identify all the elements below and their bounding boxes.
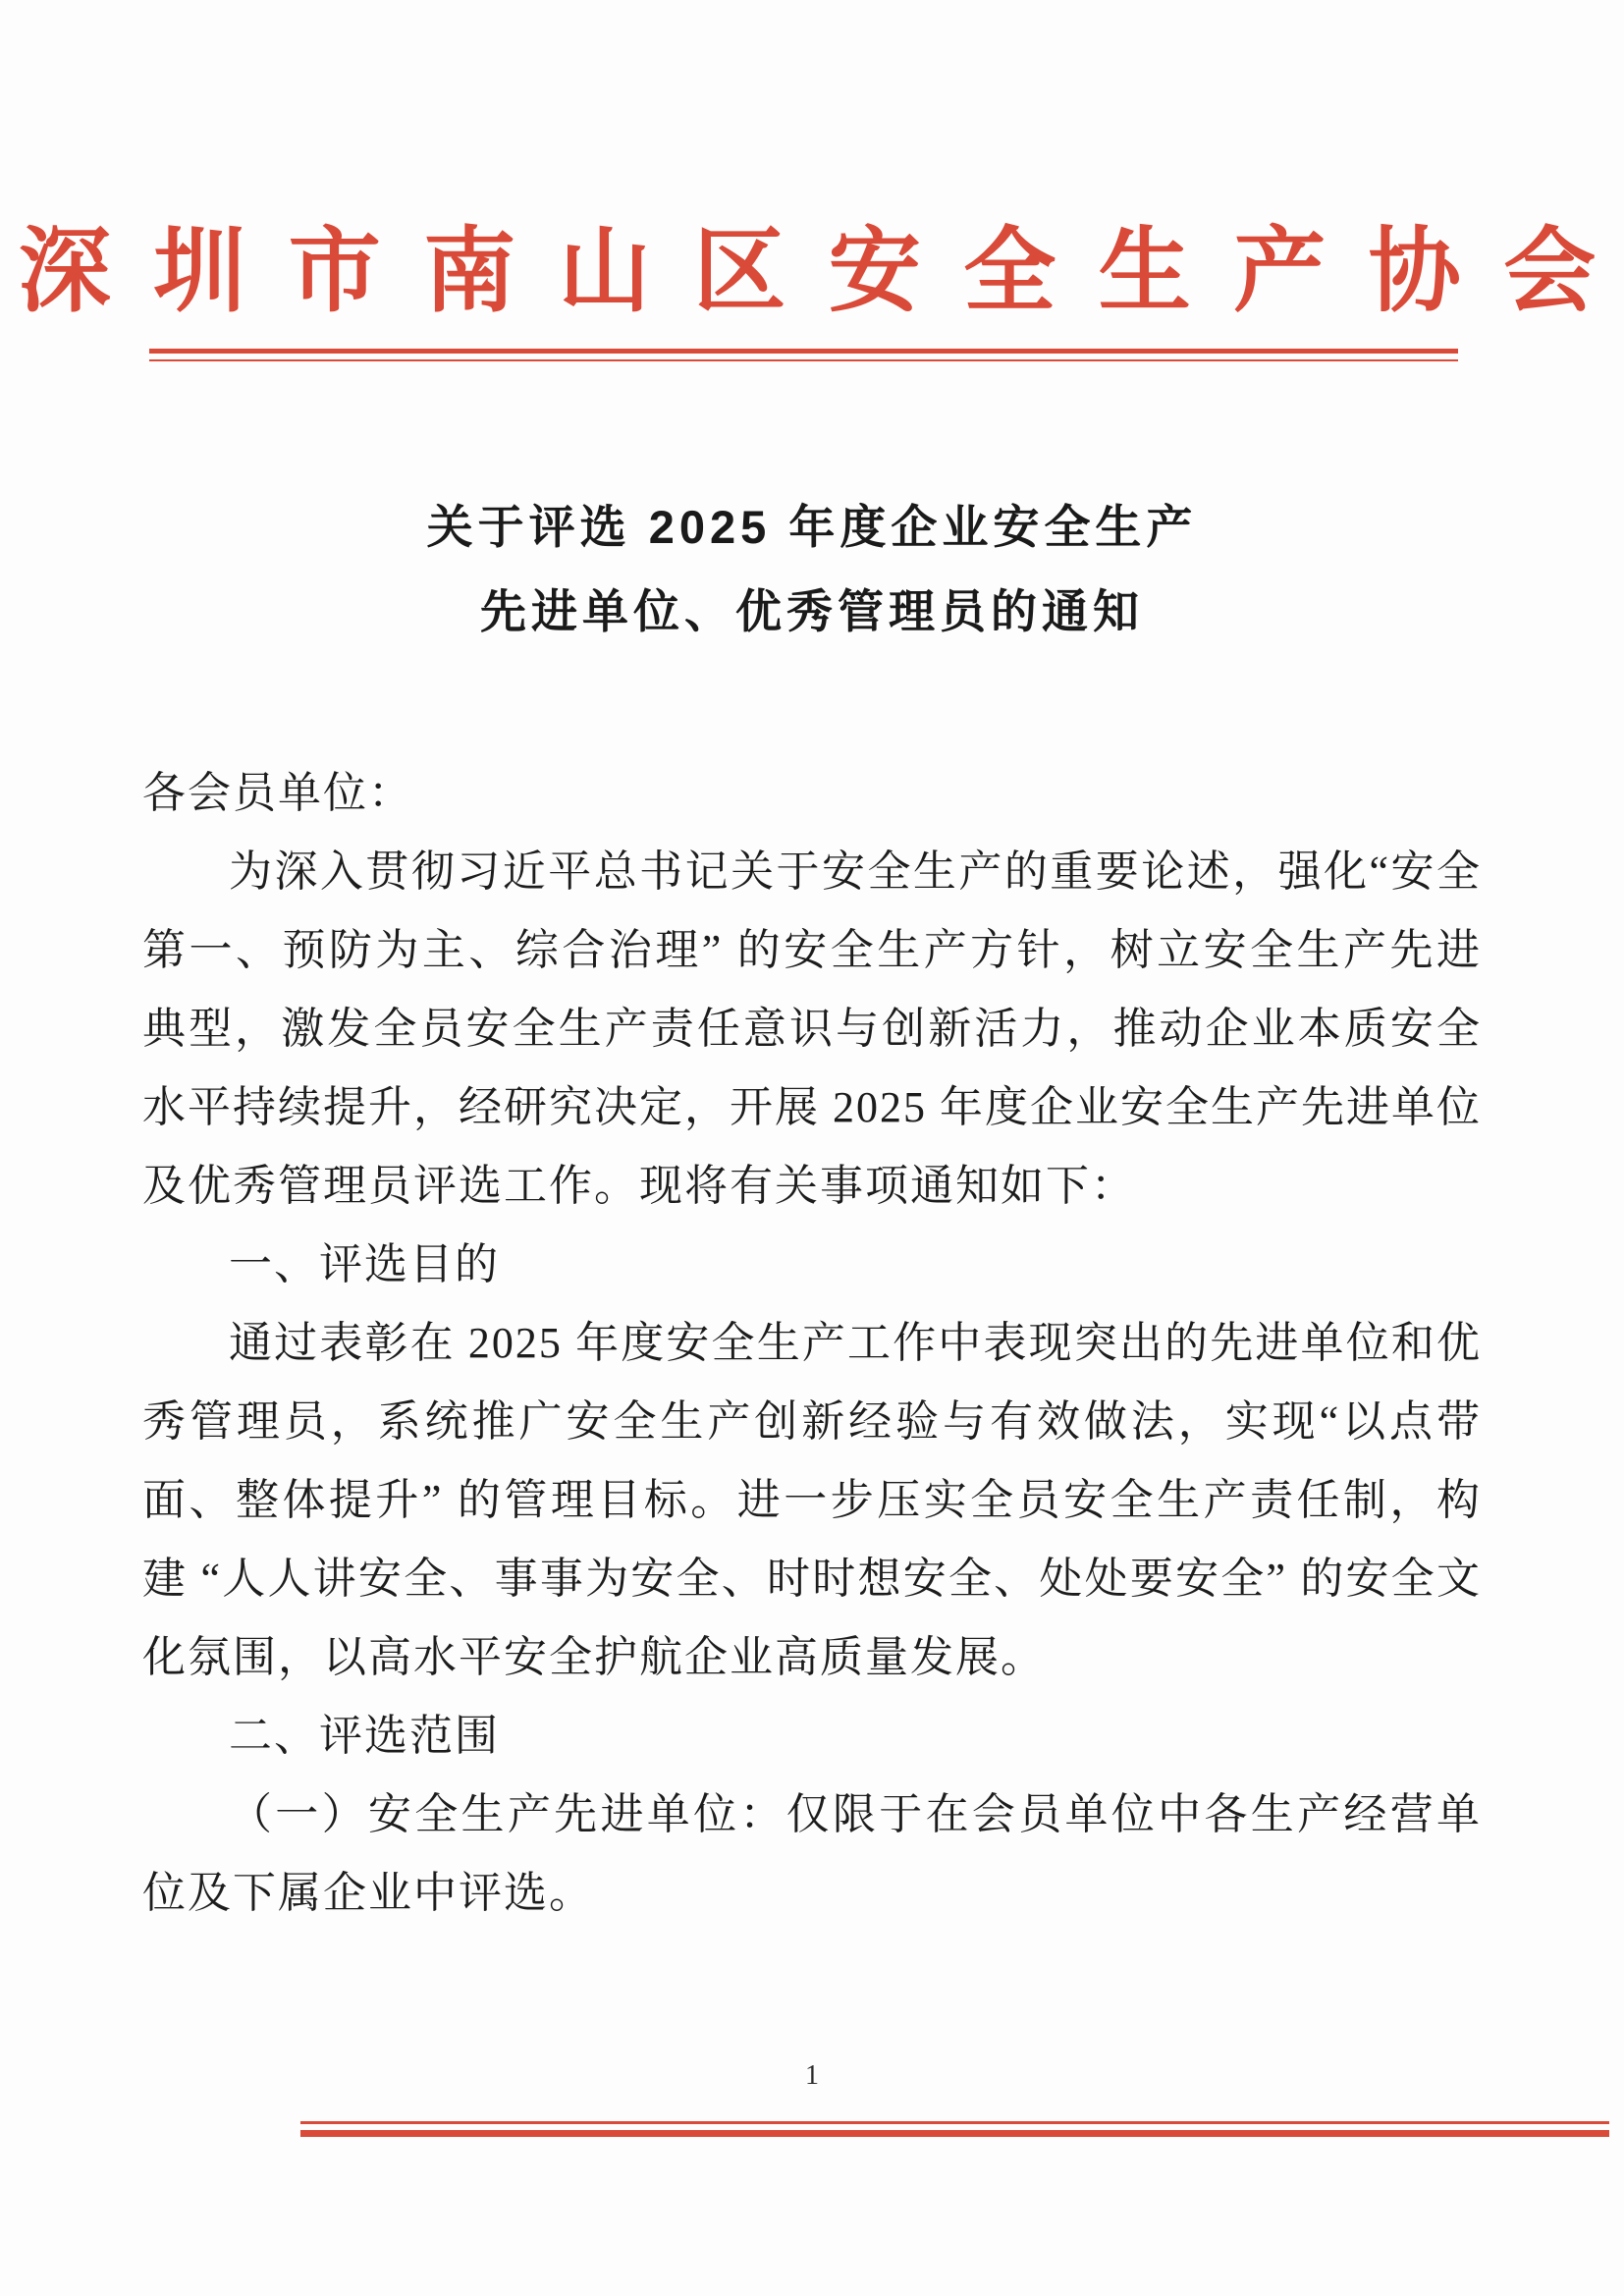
letterhead-divider xyxy=(149,349,1458,361)
divider-thin-line xyxy=(149,359,1458,361)
body-paragraph-purpose: 通过表彰在 2025 年度安全生产工作中表现突出的先进单位和优秀管理员，系统推广… xyxy=(142,1304,1482,1697)
footer-divider xyxy=(300,2121,1609,2137)
letterhead-org-name: 深 圳 市 南 山 区 安 全 生 产 协 会 xyxy=(0,224,1624,321)
document-title: 关于评选 2025 年度企业安全生产 先进单位、优秀管理员的通知 xyxy=(0,485,1624,654)
document-body: 各会员单位： 为深入贯彻习近平总书记关于安全生产的重要论述，强化“安全第一、预防… xyxy=(142,754,1482,1933)
salutation: 各会员单位： xyxy=(142,754,1482,833)
section-heading-2: 二、评选范围 xyxy=(142,1697,1482,1776)
section-heading-1: 一、评选目的 xyxy=(142,1226,1482,1304)
title-line-2: 先进单位、优秀管理员的通知 xyxy=(0,570,1624,654)
divider-thick-line xyxy=(300,2130,1609,2137)
title-line-1: 关于评选 2025 年度企业安全生产 xyxy=(0,485,1624,570)
page-number: 1 xyxy=(0,2060,1624,2092)
body-paragraph-intro: 为深入贯彻习近平总书记关于安全生产的重要论述，强化“安全第一、预防为主、综合治理… xyxy=(142,833,1482,1226)
body-paragraph-scope: （一）安全生产先进单位：仅限于在会员单位中各生产经营单位及下属企业中评选。 xyxy=(142,1776,1482,1933)
document-page: 深 圳 市 南 山 区 安 全 生 产 协 会 关于评选 2025 年度企业安全… xyxy=(0,0,1624,2296)
